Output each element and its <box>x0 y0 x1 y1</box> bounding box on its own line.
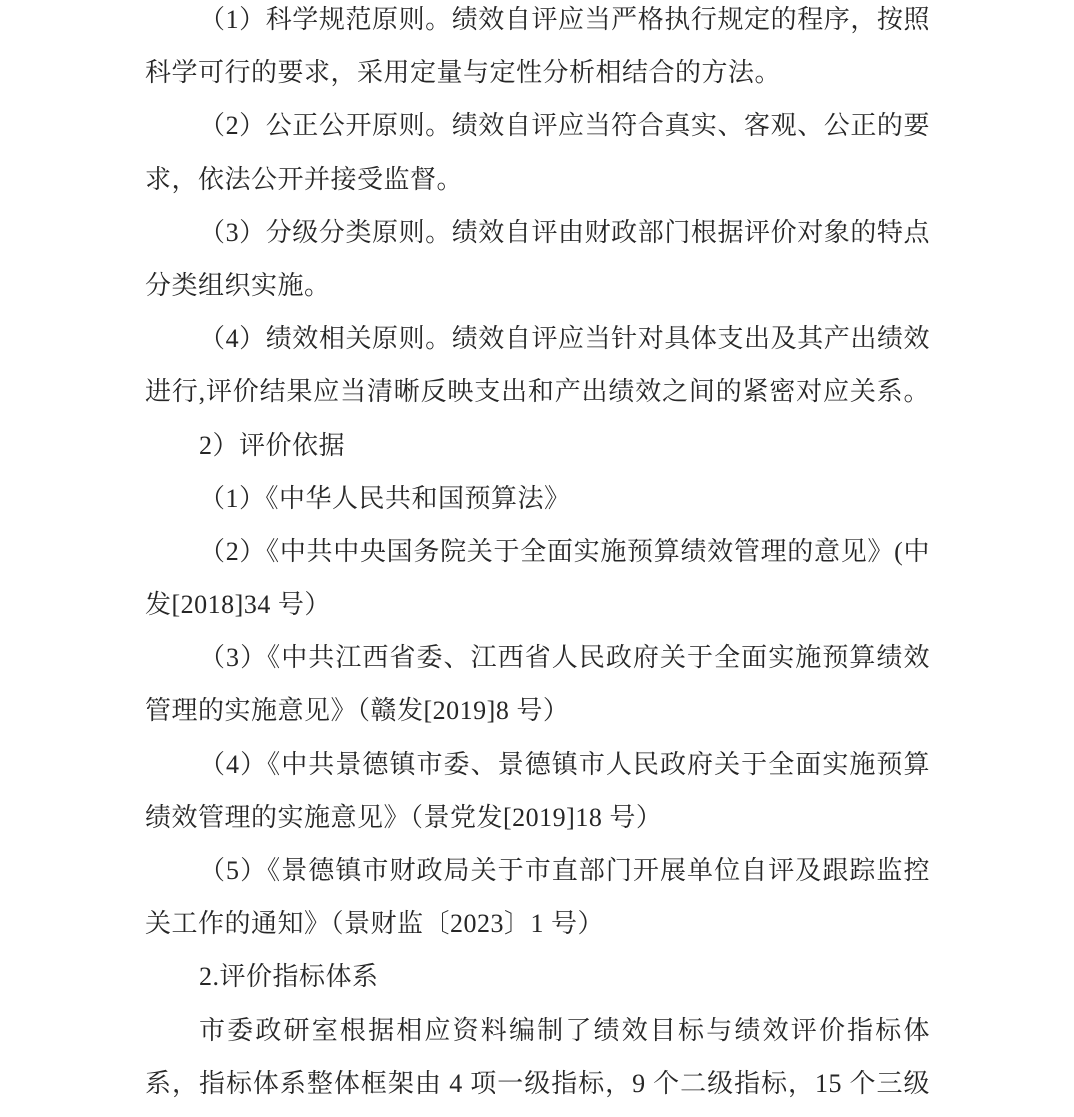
document-line: （3）《中共江西省委、江西省人民政府关于全面实施预算绩效 <box>145 631 930 684</box>
document-line: 绩效管理的实施意见》（景党发[2019]18 号） <box>145 791 930 844</box>
document-line: （3）分级分类原则。绩效自评由财政部门根据评价对象的特点 <box>145 206 930 259</box>
document-line: 进行,评价结果应当清晰反映支出和产出绩效之间的紧密对应关系。 <box>145 365 930 418</box>
document-page: （1）科学规范原则。绩效自评应当严格执行规定的程序，按照科学可行的要求，采用定量… <box>0 0 1074 1117</box>
document-line: （5）《景德镇市财政局关于市直部门开展单位自评及跟踪监控 <box>145 844 930 897</box>
document-text-block: （1）科学规范原则。绩效自评应当严格执行规定的程序，按照科学可行的要求，采用定量… <box>145 0 930 1110</box>
document-line: 市委政研室根据相应资料编制了绩效目标与绩效评价指标体 <box>145 1004 930 1057</box>
document-line: （4）《中共景德镇市委、景德镇市人民政府关于全面实施预算 <box>145 738 930 791</box>
document-line: （2）公正公开原则。绩效自评应当符合真实、客观、公正的要 <box>145 99 930 152</box>
document-line: （4）绩效相关原则。绩效自评应当针对具体支出及其产出绩效 <box>145 312 930 365</box>
document-line: 分类组织实施。 <box>145 259 930 312</box>
document-line: 管理的实施意见》（赣发[2019]8 号） <box>145 684 930 737</box>
document-line: 科学可行的要求，采用定量与定性分析相结合的方法。 <box>145 46 930 99</box>
document-line: （1）《中华人民共和国预算法》 <box>145 472 930 525</box>
document-line: 系，指标体系整体框架由 4 项一级指标，9 个二级指标，15 个三级 <box>145 1057 930 1110</box>
document-line: 2.评价指标体系 <box>145 950 930 1003</box>
document-line: 关工作的通知》（景财监〔2023〕1 号） <box>145 897 930 950</box>
document-line: （2）《中共中央国务院关于全面实施预算绩效管理的意见》(中 <box>145 525 930 578</box>
document-line: （1）科学规范原则。绩效自评应当严格执行规定的程序，按照 <box>145 0 930 46</box>
document-line: 2）评价依据 <box>145 419 930 472</box>
document-line: 发[2018]34 号） <box>145 578 930 631</box>
document-line: 求，依法公开并接受监督。 <box>145 153 930 206</box>
